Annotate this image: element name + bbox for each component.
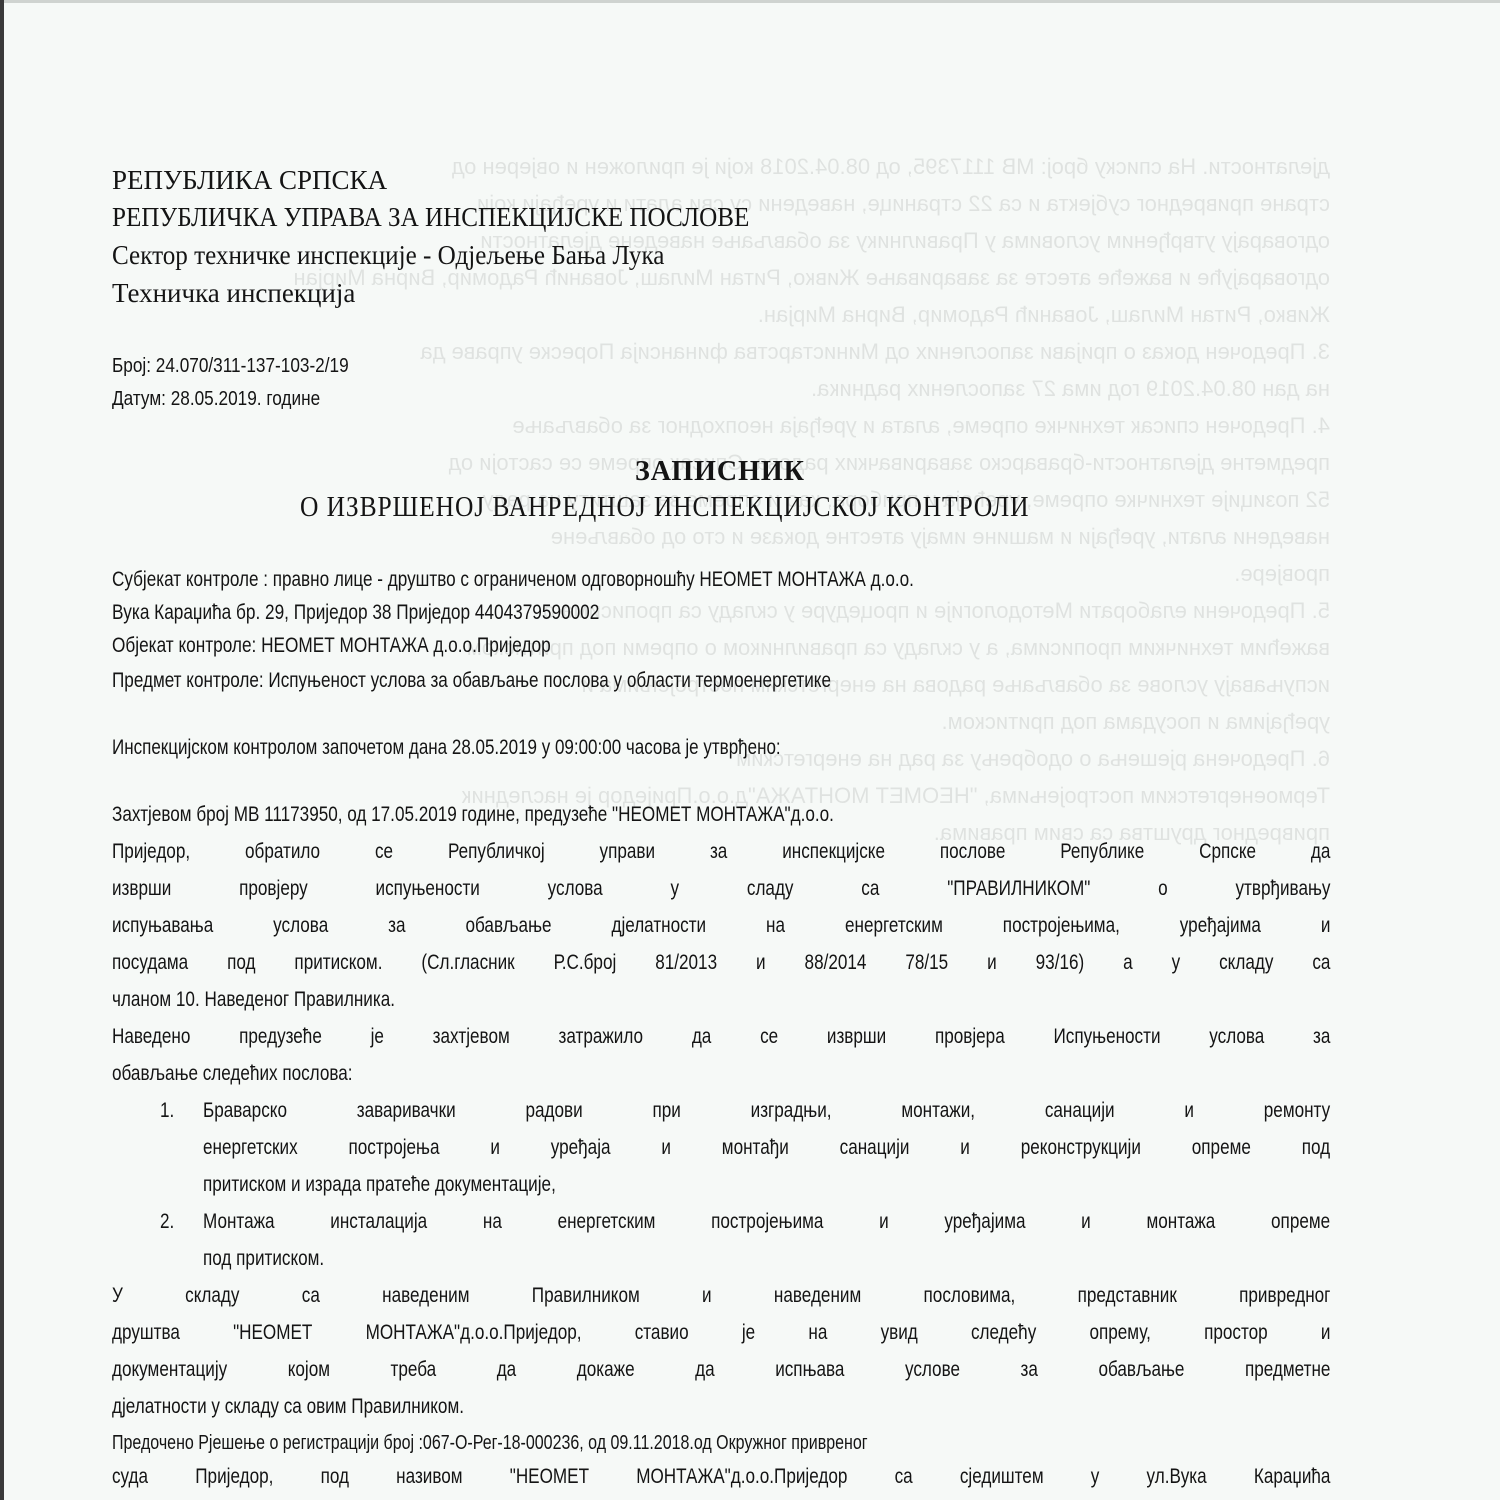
list-item: Браварско заваривачки радови при изградњ… [203, 1099, 1330, 1123]
paragraph-line: Наведено предузеће је захтјевом затражил… [112, 1025, 1330, 1049]
document-title: ЗАПИСНИК [0, 456, 1440, 488]
paragraph-request: Захтјевом број МВ 11173950, од 17.05.201… [112, 803, 1330, 827]
list-item-line: под притиском. [203, 1247, 324, 1271]
paragraph-line: дјелатности у складу са овим Правилником… [112, 1395, 464, 1419]
control-matter: Предмет контроле: Испуњеност услова за о… [112, 669, 831, 693]
paragraph-line: посудама под притиском. (Сл.гласник Р.С.… [112, 951, 1330, 975]
paragraph-line: суда Приједор, под називом "НЕОМЕТ МОНТА… [112, 1465, 1330, 1489]
paragraph-presented-line: друштва "НЕОМЕТ МОНТАЖА"д.о.о.Приједор, … [112, 1321, 1330, 1345]
control-subject: Субјекат контроле : правно лице - друштв… [112, 568, 914, 592]
paragraph-request-line: Приједор, обратило се Републичкој управи… [112, 840, 1330, 864]
paragraph-presented-line: документацију којом треба да докаже да и… [112, 1358, 1330, 1382]
paragraph-line: испуњавања услова за обављање дјелатност… [112, 914, 1330, 938]
paragraph-line: документацију којом треба да докаже да и… [112, 1358, 1330, 1382]
control-subject-address: Вука Караџића бр. 29, Приједор 38 Пријед… [112, 601, 599, 625]
list-item-line: Монтажа инсталација на енергетским постр… [203, 1210, 1330, 1234]
list-item-line: притиском и израда пратеће документације… [203, 1173, 556, 1197]
list-item-number: 2. [160, 1210, 174, 1234]
paragraph-request-line: испуњавања услова за обављање дјелатност… [112, 914, 1330, 938]
list-item-line: енергетских постројења и уређаја и монта… [203, 1136, 1330, 1160]
paragraph-line: чланом 10. Наведеног Правилника. [112, 988, 395, 1012]
document-date: Датум: 28.05.2019. године [112, 388, 320, 411]
paragraph-request-line: посудама под притиском. (Сл.гласник Р.С.… [112, 951, 1330, 975]
paragraph-presented: У складу са наведеним Правилником и наве… [112, 1284, 1330, 1308]
paragraph-requested-services: Наведено предузеће је захтјевом затражил… [112, 1025, 1330, 1049]
paragraph-line: Приједор, обратило се Републичкој управи… [112, 840, 1330, 864]
paragraph-line: обављање следећих послова: [112, 1062, 353, 1086]
list-item: Монтажа инсталација на енергетским постр… [203, 1210, 1330, 1234]
control-object: Објекат контроле: НЕОМЕТ МОНТАЖА д.о.о.П… [112, 634, 551, 658]
paragraph-request-line: изврши провјеру испуњености услова у сла… [112, 877, 1330, 901]
paragraph-line: Захтјевом број МВ 11173950, од 17.05.201… [112, 803, 1330, 827]
paragraph-line: У складу са наведеним Правилником и наве… [112, 1284, 1330, 1308]
header-republic: РЕПУБЛИКА СРПСКА [112, 165, 387, 196]
header-sector: Сектор техничке инспекције - Одјељење Ба… [112, 240, 664, 271]
paragraph-registration-line: суда Приједор, под називом "НЕОМЕТ МОНТА… [112, 1465, 1330, 1489]
header-department: Техничка инспекција [112, 278, 355, 309]
inspection-start: Инспекцијском контролом започетом дана 2… [112, 736, 781, 760]
paragraph-line: изврши провјеру испуњености услова у сла… [112, 877, 1330, 901]
document-number: Број: 24.070/311-137-103-2/19 [112, 355, 349, 378]
list-item-number: 1. [160, 1099, 174, 1123]
header-agency: РЕПУБЛИЧКА УПРАВА ЗА ИНСПЕКЦИЈСКЕ ПОСЛОВ… [112, 202, 749, 233]
list-item: енергетских постројења и уређаја и монта… [203, 1136, 1330, 1160]
document-page: РЕПУБЛИКА СРПСКА РЕПУБЛИЧКА УПРАВА ЗА ИН… [0, 0, 1500, 1500]
paragraph-registration: Предочено Рјешење о регистрацији број :0… [112, 1432, 868, 1455]
paragraph-line: друштва "НЕОМЕТ МОНТАЖА"д.о.о.Приједор, … [112, 1321, 1330, 1345]
document-subtitle: О ИЗВРШЕНОЈ ВАНРЕДНОЈ ИНСПЕКЦИЈСКОЈ КОНТ… [300, 492, 1029, 524]
list-item-line: Браварско заваривачки радови при изградњ… [203, 1099, 1330, 1123]
